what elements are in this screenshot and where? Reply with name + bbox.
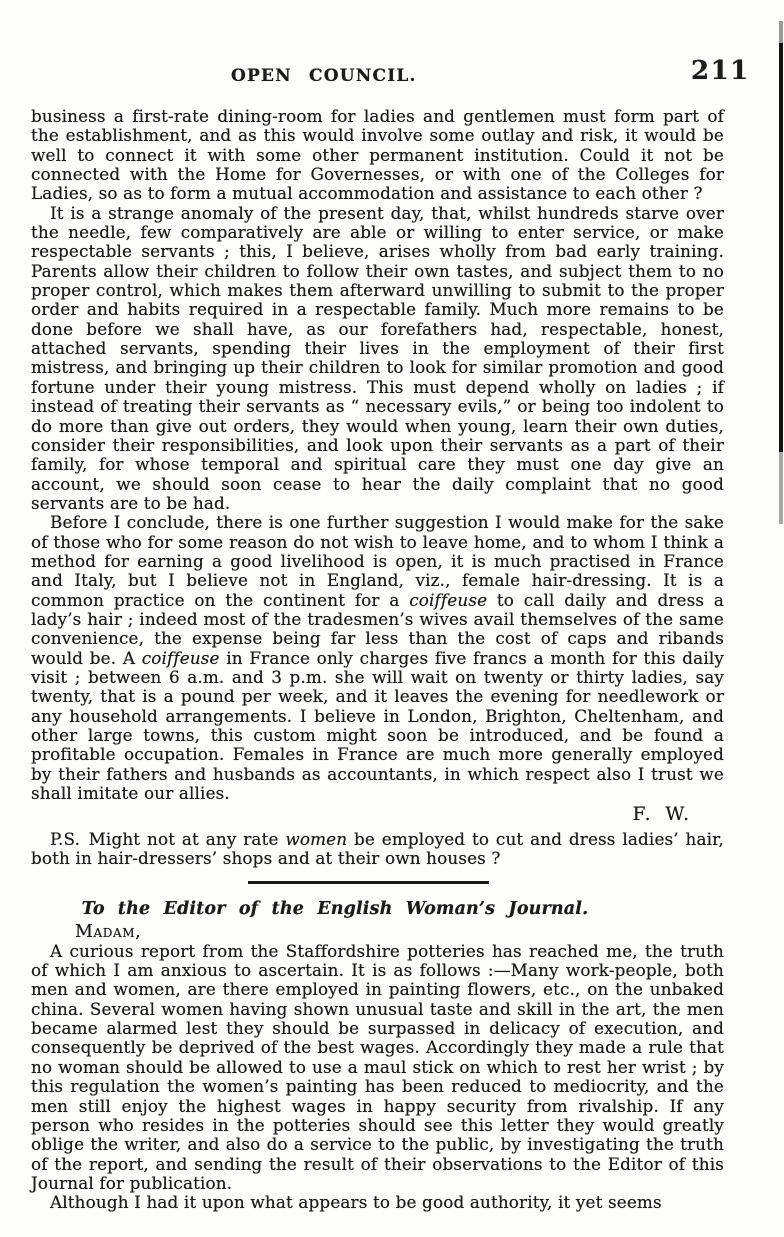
- text-segment: It is a strange anomaly of the present d…: [31, 203, 724, 513]
- text-segment: Although I had it upon what appears to b…: [50, 1192, 662, 1212]
- italic-text: coiffeuse: [409, 590, 487, 610]
- signature: F. W.: [31, 805, 724, 824]
- page-number: 211: [691, 56, 750, 86]
- letter-heading: To the Editor of the English Woman’s Jou…: [31, 900, 724, 919]
- page-title: OPEN COUNCIL.: [231, 66, 417, 86]
- scan-edge-artifact: [779, 21, 783, 524]
- letter-first-body: business a first-rate dining-room for la…: [31, 107, 724, 803]
- paragraph: Although I had it upon what appears to b…: [31, 1193, 724, 1212]
- italic-text: coiffeuse: [142, 648, 220, 668]
- text-segment: business a first-rate dining-room for la…: [31, 106, 724, 203]
- paragraph: Before I conclude, there is one further …: [31, 513, 724, 803]
- section-divider: [248, 881, 489, 884]
- paragraph: P.S. Might not at any rate women be empl…: [31, 830, 724, 869]
- letter-second-body: A curious report from the Staffordshire …: [31, 942, 724, 1213]
- salutation: Madam,: [75, 922, 724, 942]
- letter-second: To the Editor of the English Woman’s Jou…: [31, 900, 724, 1212]
- page-content: business a first-rate dining-room for la…: [31, 107, 724, 1213]
- postscript: P.S. Might not at any rate women be empl…: [31, 830, 724, 869]
- paragraph: business a first-rate dining-room for la…: [31, 107, 724, 204]
- text-segment: A curious report from the Staffordshire …: [31, 941, 724, 1193]
- letter-first: business a first-rate dining-room for la…: [31, 107, 724, 868]
- journal-page: OPEN COUNCIL. 211 business a first-rate …: [0, 0, 784, 1237]
- paragraph: It is a strange anomaly of the present d…: [31, 204, 724, 514]
- paragraph: A curious report from the Staffordshire …: [31, 942, 724, 1193]
- text-segment: in France only charges five francs a mon…: [31, 648, 724, 803]
- text-segment: P.S. Might not at any rate: [50, 829, 285, 849]
- italic-text: women: [285, 829, 347, 849]
